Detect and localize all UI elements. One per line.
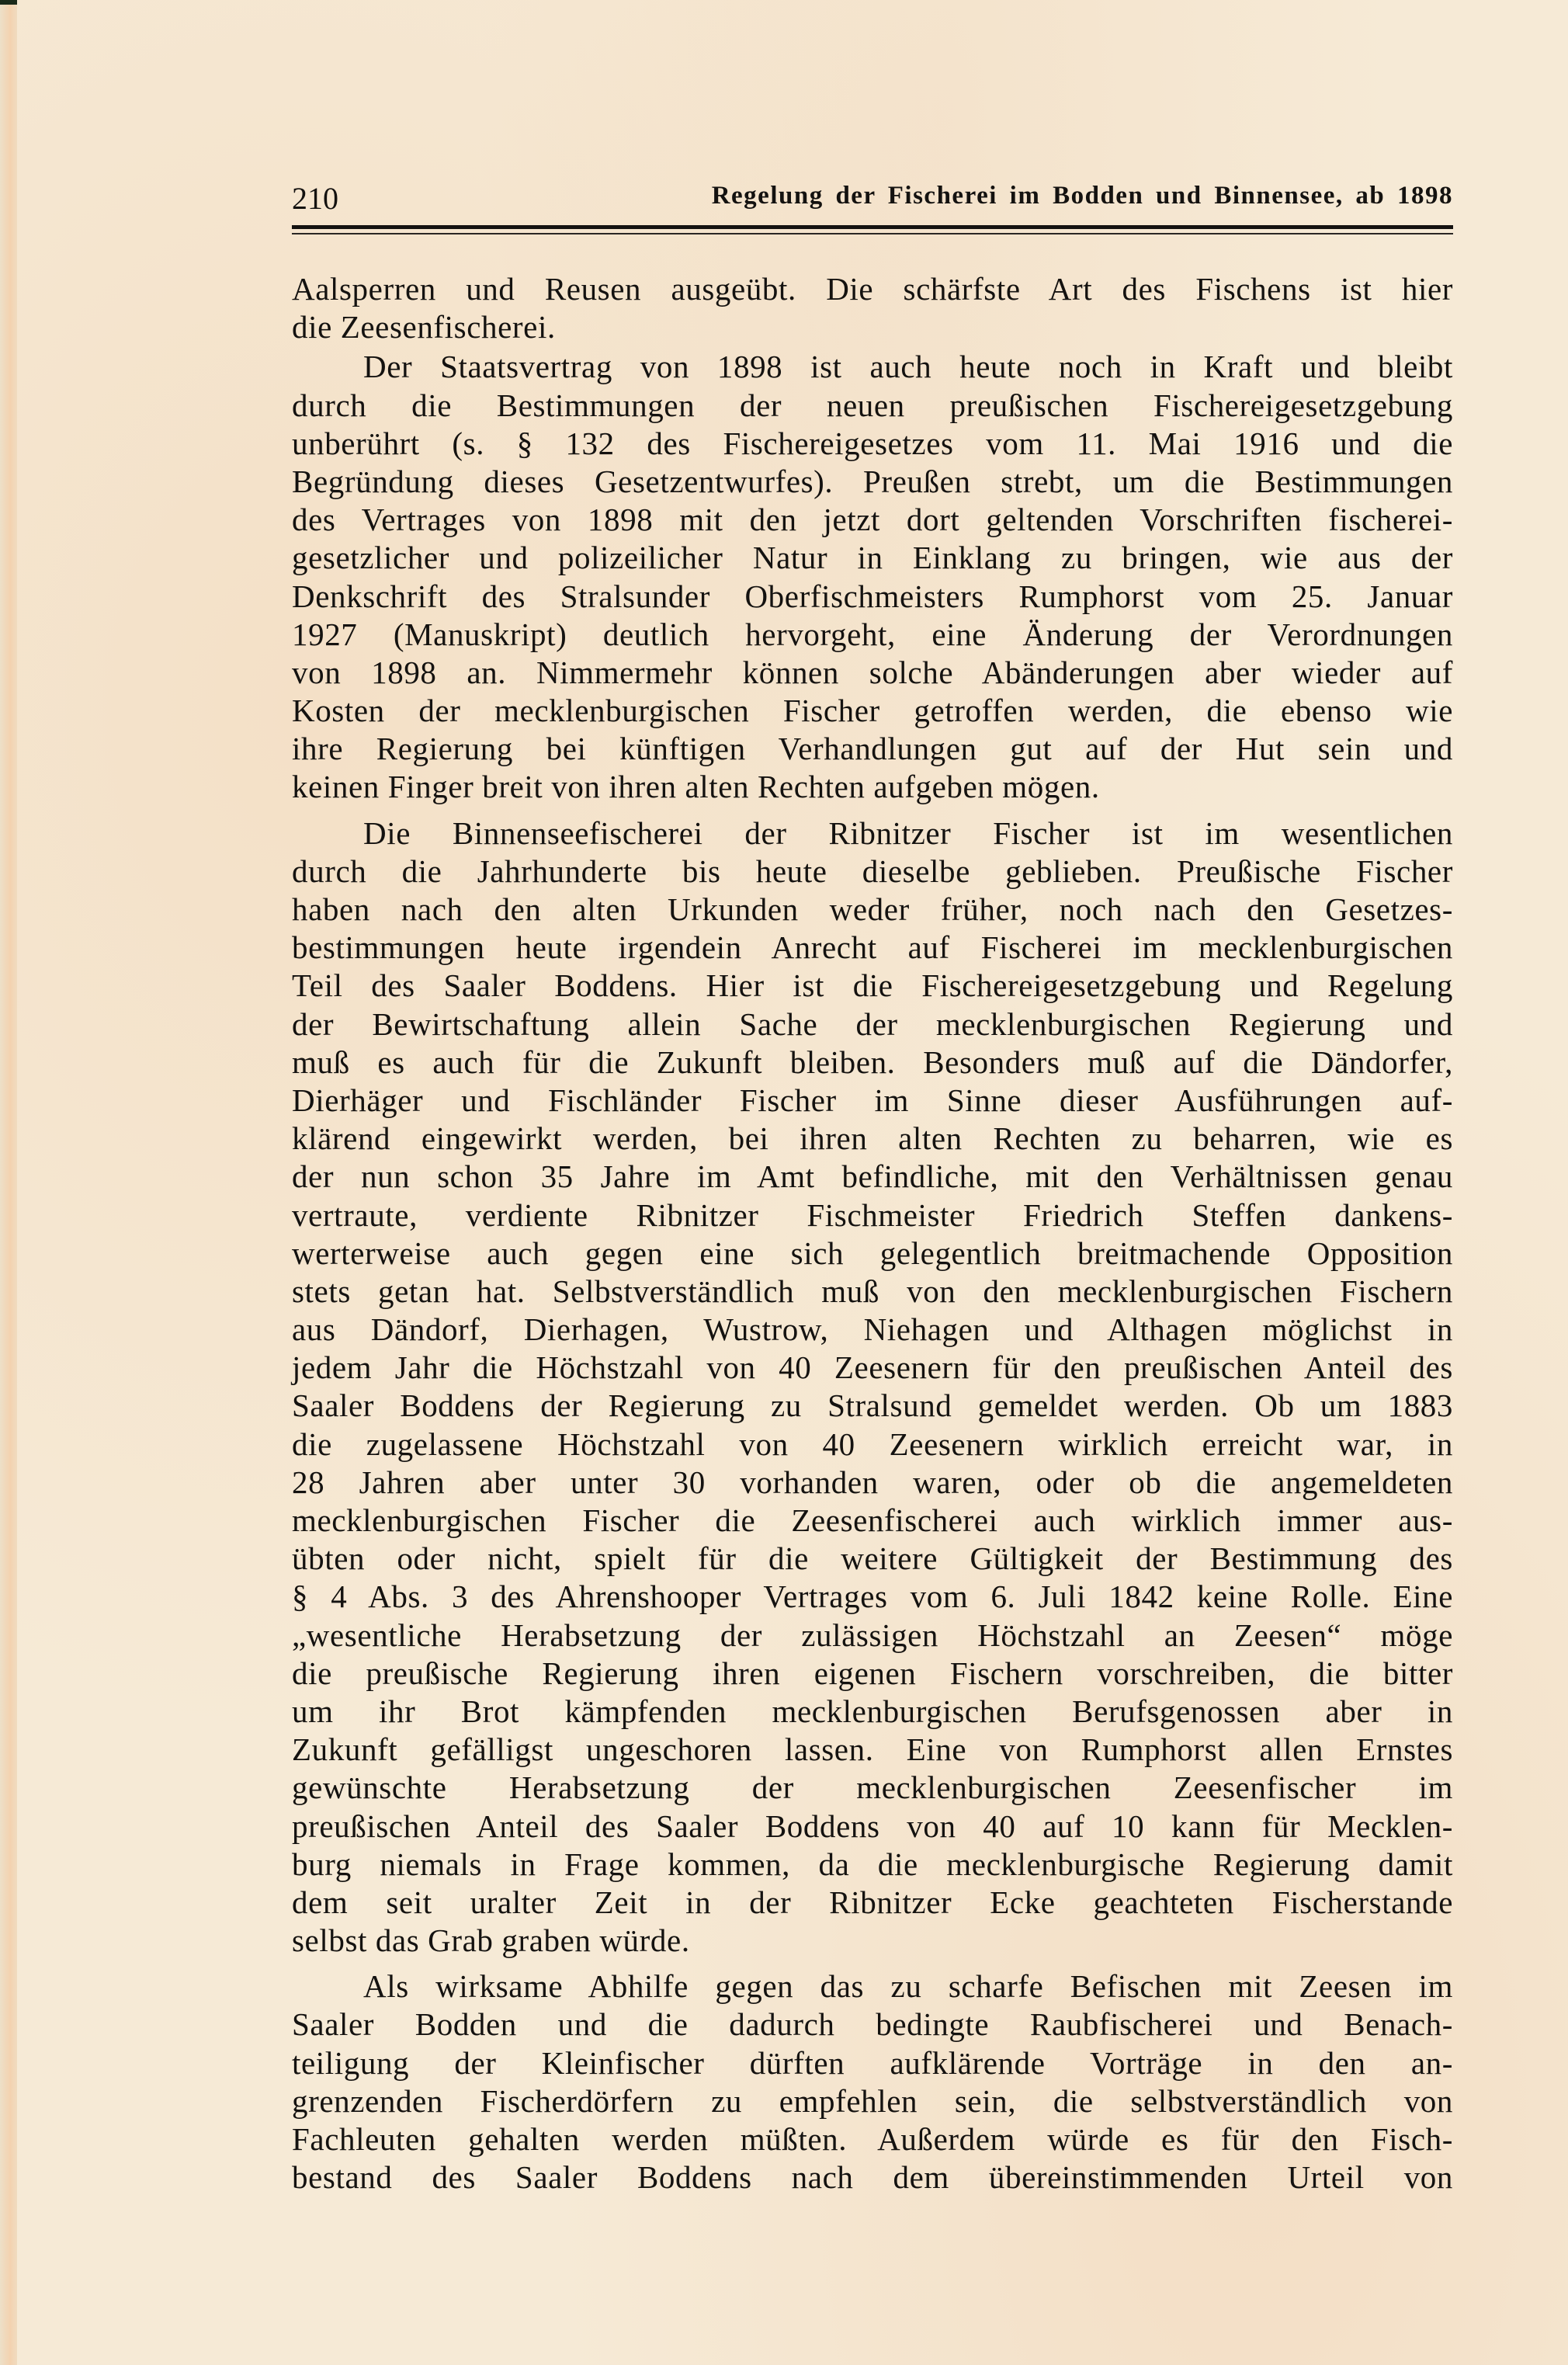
text-line: Saaler Bodden und die dadurch bedingte R… <box>292 2006 1453 2044</box>
text-line: übten oder nicht, spielt für die weitere… <box>292 1540 1453 1578</box>
text-line: stets getan hat. Selbstverständlich muß … <box>292 1273 1453 1311</box>
header-rule-thin <box>292 233 1453 234</box>
text-line: ihre Regierung bei künftigen Verhandlung… <box>292 730 1453 768</box>
text-line: der nun schon 35 Jahre im Amt befindlich… <box>292 1158 1453 1196</box>
text-line: teiligung der Kleinfischer dürften aufkl… <box>292 2044 1453 2082</box>
text-line: dem seit uralter Zeit in der Ribnitzer E… <box>292 1884 1453 1922</box>
text-line: Begründung dieses Gesetzentwurfes). Preu… <box>292 463 1453 501</box>
text-line: jedem Jahr die Höchstzahl von 40 Zeesene… <box>292 1349 1453 1387</box>
text-line: keinen Finger breit von ihren alten Rech… <box>292 768 1453 806</box>
text-line: um ihr Brot kämpfenden mecklenburgischen… <box>292 1693 1453 1731</box>
text-line: Teil des Saaler Boddens. Hier ist die Fi… <box>292 967 1453 1005</box>
running-head: 210 Regelung der Fischerei im Bodden und… <box>292 177 1453 224</box>
text-line: klärend eingewirkt werden, bei ihren alt… <box>292 1120 1453 1158</box>
text-line: die zugelassene Höchstzahl von 40 Zeesen… <box>292 1426 1453 1464</box>
paragraph-continuation: Aalsperren und Reusen ausgeübt. Die schä… <box>292 270 1453 346</box>
text-line: burg niemals in Frage kommen, da die mec… <box>292 1846 1453 1884</box>
text-line: der Bewirtschaftung allein Sache der mec… <box>292 1005 1453 1044</box>
text-line: aus Dändorf, Dierhagen, Wustrow, Niehage… <box>292 1311 1453 1349</box>
paragraph-binnenseefischerei: Die Binnenseefischerei der Ribnitzer Fis… <box>292 814 1453 1960</box>
text-line: 28 Jahren aber unter 30 vorhanden waren,… <box>292 1464 1453 1502</box>
paragraph-staatsvertrag: Der Staatsvertrag von 1898 ist auch heut… <box>292 348 1453 806</box>
text-line: § 4 Abs. 3 des Ahrenshooper Vertrages vo… <box>292 1578 1453 1616</box>
body-text: Aalsperren und Reusen ausgeübt. Die schä… <box>292 270 1453 2198</box>
text-line: die Zeesenfischerei. <box>292 308 1453 346</box>
text-line: Als wirksame Abhilfe gegen das zu scharf… <box>292 1967 1453 2006</box>
text-line: Die Binnenseefischerei der Ribnitzer Fis… <box>292 814 1453 853</box>
text-line: selbst das Grab graben würde. <box>292 1922 1453 1960</box>
text-line: Kosten der mecklenburgischen Fischer get… <box>292 692 1453 730</box>
text-line: grenzenden Fischerdörfern zu empfehlen s… <box>292 2082 1453 2120</box>
text-line: Der Staatsvertrag von 1898 ist auch heut… <box>292 348 1453 386</box>
page-number: 210 <box>292 182 338 216</box>
running-title: Regelung der Fischerei im Bodden und Bin… <box>712 179 1453 213</box>
text-line: Dierhäger und Fischländer Fischer im Sin… <box>292 1082 1453 1120</box>
text-line: die preußische Regierung ihren eigenen F… <box>292 1655 1453 1693</box>
text-line: Aalsperren und Reusen ausgeübt. Die schä… <box>292 270 1453 308</box>
text-line: Saaler Boddens der Regierung zu Stralsun… <box>292 1387 1453 1425</box>
scan-page-edge <box>0 0 17 2365</box>
text-line: Denkschrift des Stralsunder Oberfischmei… <box>292 578 1453 616</box>
text-line: des Vertrages von 1898 mit den jetzt dor… <box>292 501 1453 539</box>
scan-corner-mark <box>0 0 17 5</box>
header-rule-thick <box>292 225 1453 229</box>
text-line: haben nach den alten Urkunden weder früh… <box>292 891 1453 929</box>
text-line: Zukunft gefälligst ungeschoren lassen. E… <box>292 1731 1453 1769</box>
text-line: werterweise auch gegen eine sich gelegen… <box>292 1235 1453 1273</box>
text-line: durch die Jahrhunderte bis heute dieselb… <box>292 853 1453 891</box>
text-line: „wesentliche Herabsetzung der zulässigen… <box>292 1617 1453 1655</box>
text-line: durch die Bestimmungen der neuen preußis… <box>292 387 1453 425</box>
text-line: 1927 (Manuskript) deutlich hervorgeht, e… <box>292 616 1453 654</box>
text-line: bestand des Saaler Boddens nach dem über… <box>292 2158 1453 2197</box>
text-line: gewünschte Herabsetzung der mecklenburgi… <box>292 1769 1453 1807</box>
text-line: von 1898 an. Nimmermehr können solche Ab… <box>292 654 1453 692</box>
book-page: 210 Regelung der Fischerei im Bodden und… <box>292 177 1453 224</box>
text-line: vertraute, verdiente Ribnitzer Fischmeis… <box>292 1196 1453 1235</box>
text-line: preußischen Anteil des Saaler Boddens vo… <box>292 1808 1453 1846</box>
text-line: unberührt (s. § 132 des Fischereigesetze… <box>292 425 1453 463</box>
text-line: gesetzlicher und polizeilicher Natur in … <box>292 539 1453 577</box>
text-line: mecklenburgischen Fischer die Zeesenfisc… <box>292 1502 1453 1540</box>
paragraph-abhilfe: Als wirksame Abhilfe gegen das zu scharf… <box>292 1967 1453 2197</box>
text-line: bestimmungen heute irgendein Anrecht auf… <box>292 929 1453 967</box>
text-line: muß es auch für die Zukunft bleiben. Bes… <box>292 1044 1453 1082</box>
text-line: Fachleuten gehalten werden müßten. Außer… <box>292 2120 1453 2158</box>
